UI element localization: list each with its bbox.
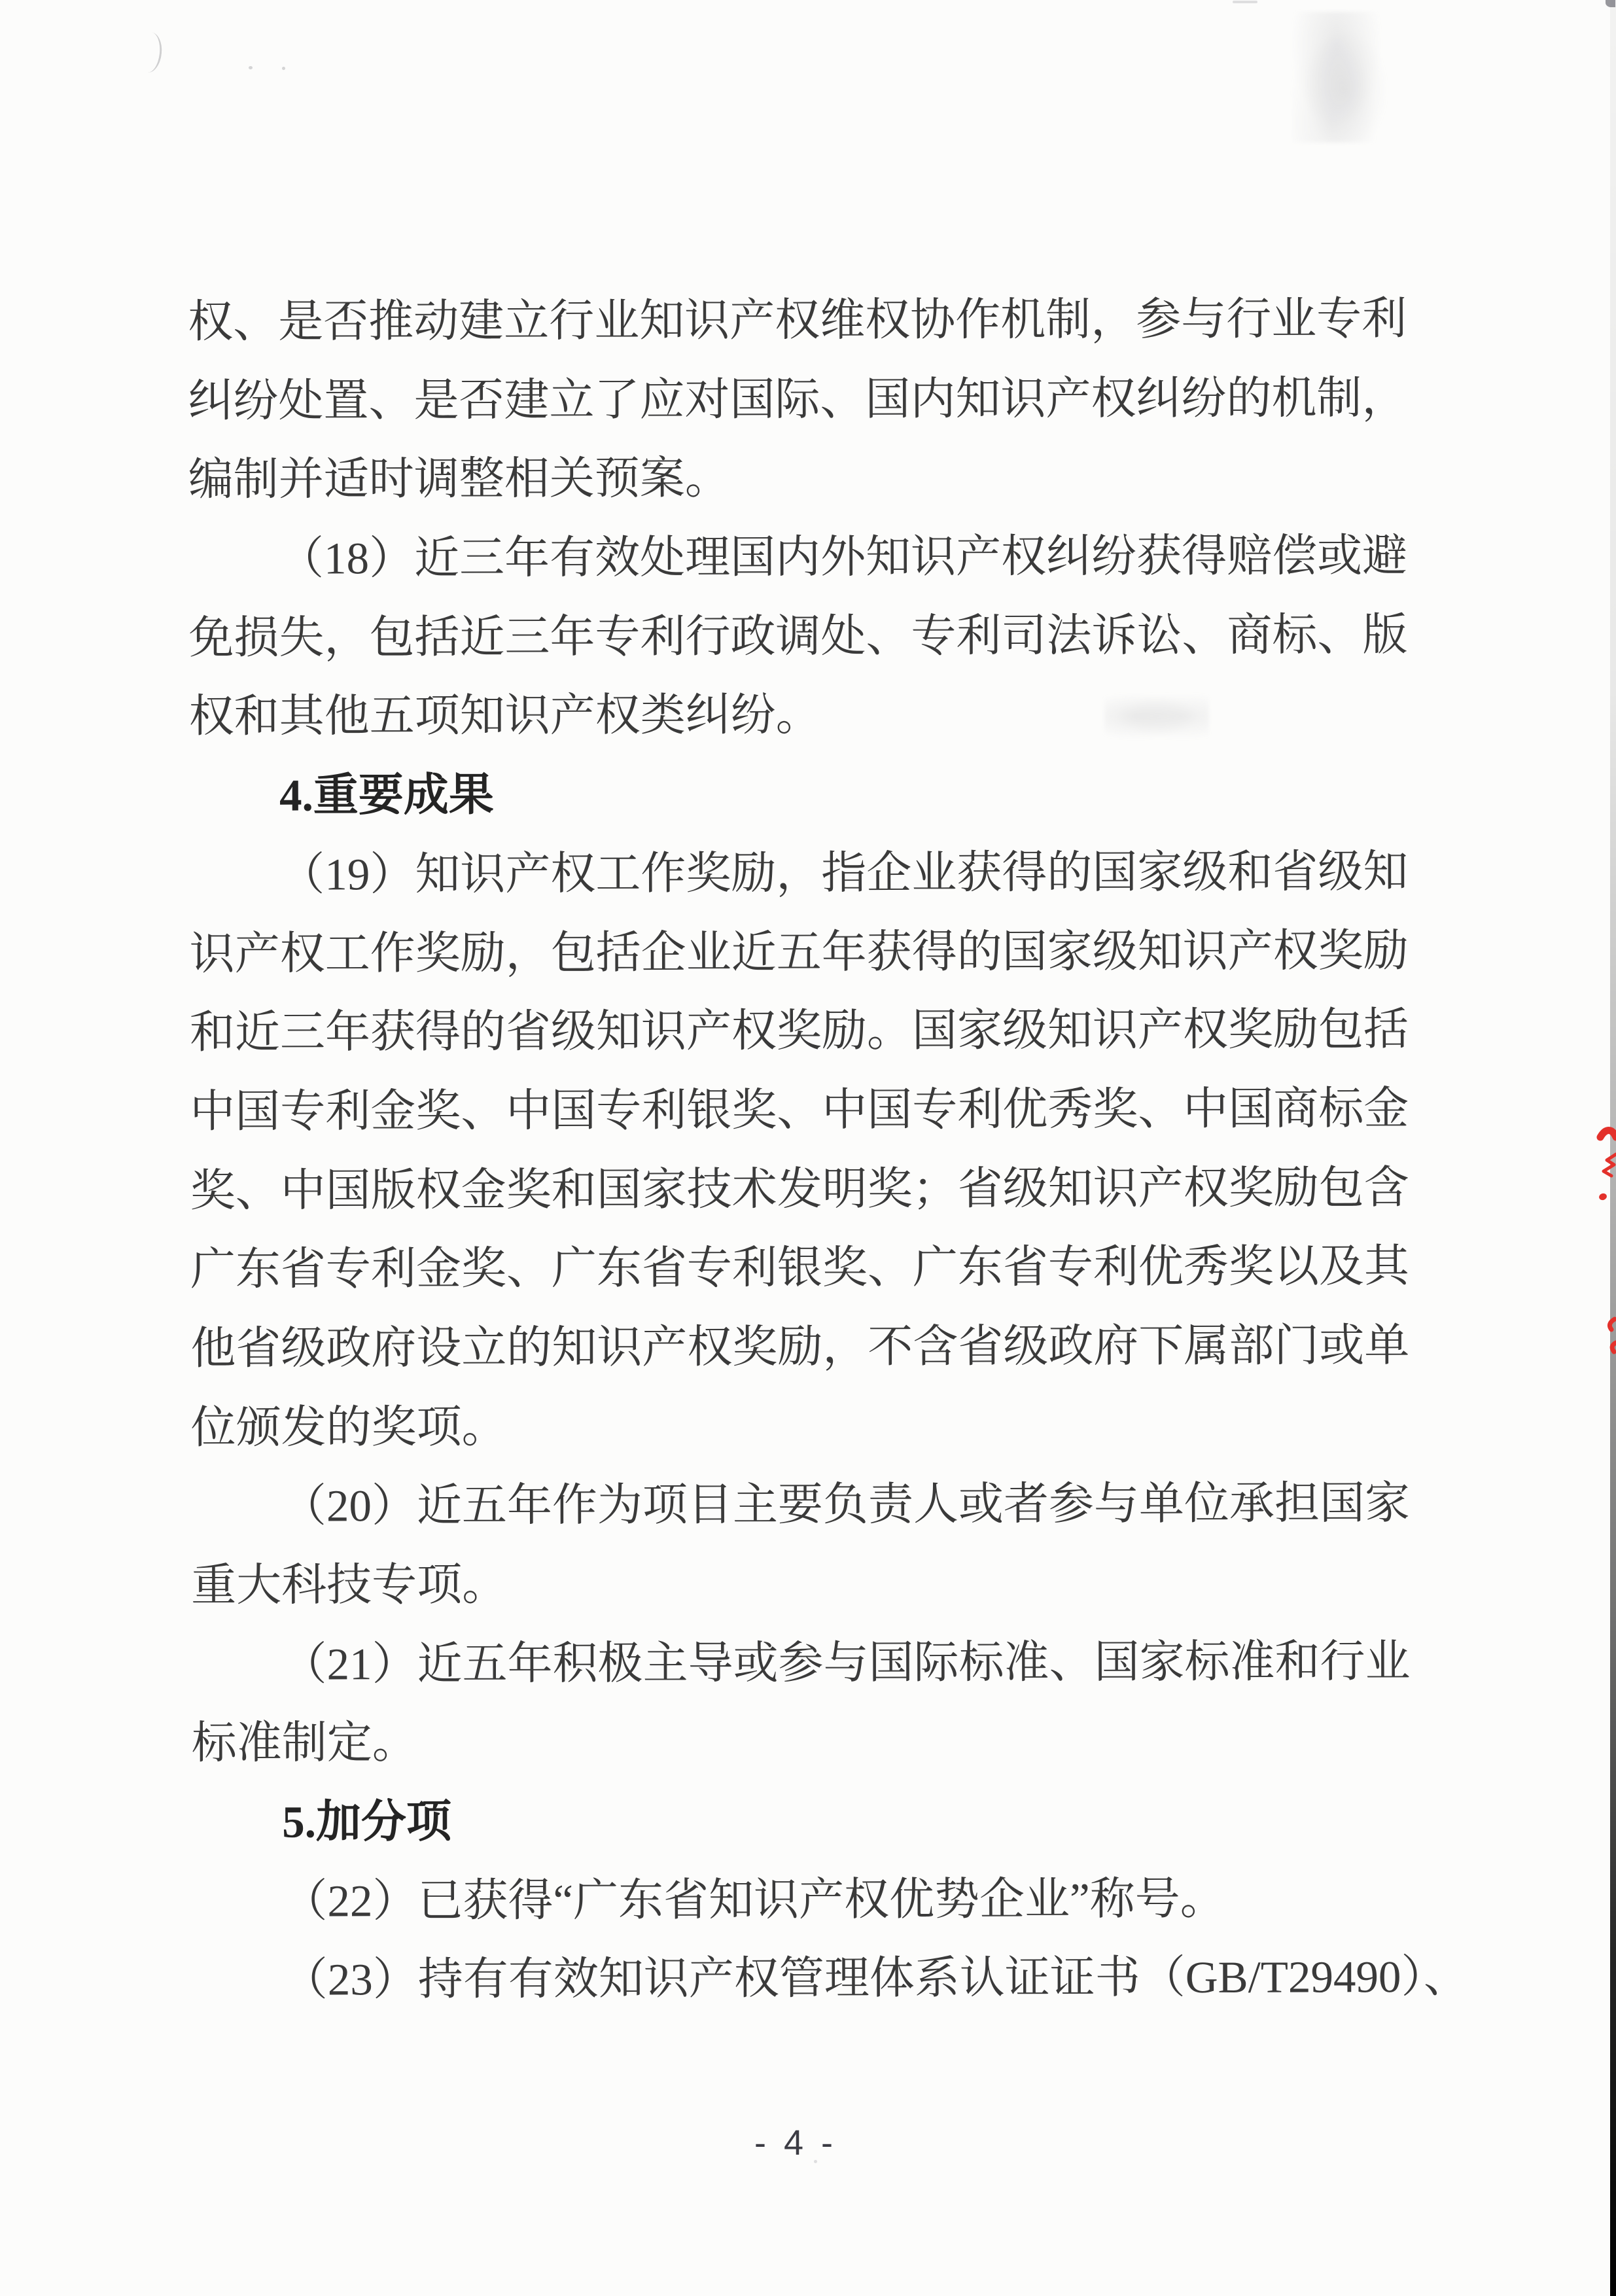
document-line: 广东省专利金奖、广东省专利银奖、广东省专利优秀奖以及其 bbox=[190, 1227, 1433, 1309]
document-line: （19）知识产权工作奖励，指企业获得的国家级和省级知 bbox=[189, 832, 1432, 915]
red-ink-mark-lower bbox=[1599, 1316, 1616, 1357]
document-line: 识产权工作奖励，包括企业近五年获得的国家级知识产权奖励 bbox=[190, 911, 1433, 994]
dust-speck bbox=[249, 66, 253, 69]
document-line: 权、是否推动建立行业知识产权维权协作机制，参与行业专利 bbox=[188, 279, 1431, 362]
dust-speck bbox=[1233, 1, 1257, 3]
document-line: （18）近三年有效处理国内外知识产权纠纷获得赔偿或避 bbox=[188, 516, 1432, 599]
document-line: 重大科技专项。 bbox=[191, 1543, 1434, 1625]
document-line: 权和其他五项知识产权类纠纷。 bbox=[189, 674, 1432, 756]
document-line: （20）近五年作为项目主要负责人或者参与单位承担国家 bbox=[191, 1464, 1434, 1546]
document-line: 他省级政府设立的知识产权奖励，不含省级政府下属部门或单 bbox=[190, 1306, 1433, 1388]
faint-pen-curve-artifact bbox=[146, 32, 164, 74]
document-line: 编制并适时调整相关预案。 bbox=[188, 437, 1432, 520]
section-heading: 5.加分项 bbox=[192, 1780, 1435, 1862]
dust-speck bbox=[648, 462, 651, 465]
text-block: 权、是否推动建立行业知识产权维权协作机制，参与行业专利纠纷处置、是否建立了应对国… bbox=[188, 279, 1435, 2020]
dust-speck bbox=[814, 2160, 817, 2163]
section-heading: 4.重要成果 bbox=[189, 753, 1432, 836]
scanned-document-page: 权、是否推动建立行业知识产权维权协作机制，参与行业专利纠纷处置、是否建立了应对国… bbox=[0, 0, 1616, 2296]
document-line: 免损失，包括近三年专利行政调处、专利司法诉讼、商标、版 bbox=[188, 595, 1432, 678]
document-line: 位颁发的奖项。 bbox=[190, 1385, 1433, 1468]
document-line: 奖、中国版权金奖和国家技术发明奖；省级知识产权奖励包含 bbox=[190, 1148, 1433, 1231]
showthrough-smudge bbox=[1292, 12, 1390, 143]
document-line: 纠纷处置、是否建立了应对国际、国内知识产权纠纷的机制， bbox=[188, 359, 1431, 441]
document-line: （23）持有有效知识产权管理体系认证证书（GB/T29490）、 bbox=[192, 1937, 1435, 2020]
document-line: 标准制定。 bbox=[192, 1701, 1435, 1783]
document-line: （22）已获得“广东省知识产权优势企业”称号。 bbox=[192, 1859, 1435, 1941]
document-line: 和近三年获得的省级知识产权奖励。国家级知识产权奖励包括 bbox=[190, 990, 1433, 1072]
showthrough-smudge bbox=[1104, 688, 1209, 744]
red-ink-mark-upper bbox=[1594, 1120, 1616, 1209]
document-line: （21）近五年积极主导或参与国际标准、国家标准和行业 bbox=[191, 1622, 1434, 1704]
dust-speck bbox=[282, 67, 285, 70]
scan-corner-speck bbox=[1606, 0, 1615, 7]
document-line: 中国专利金奖、中国专利银奖、中国专利优秀奖、中国商标金 bbox=[190, 1069, 1433, 1152]
page-number: - 4 - bbox=[754, 2125, 837, 2161]
